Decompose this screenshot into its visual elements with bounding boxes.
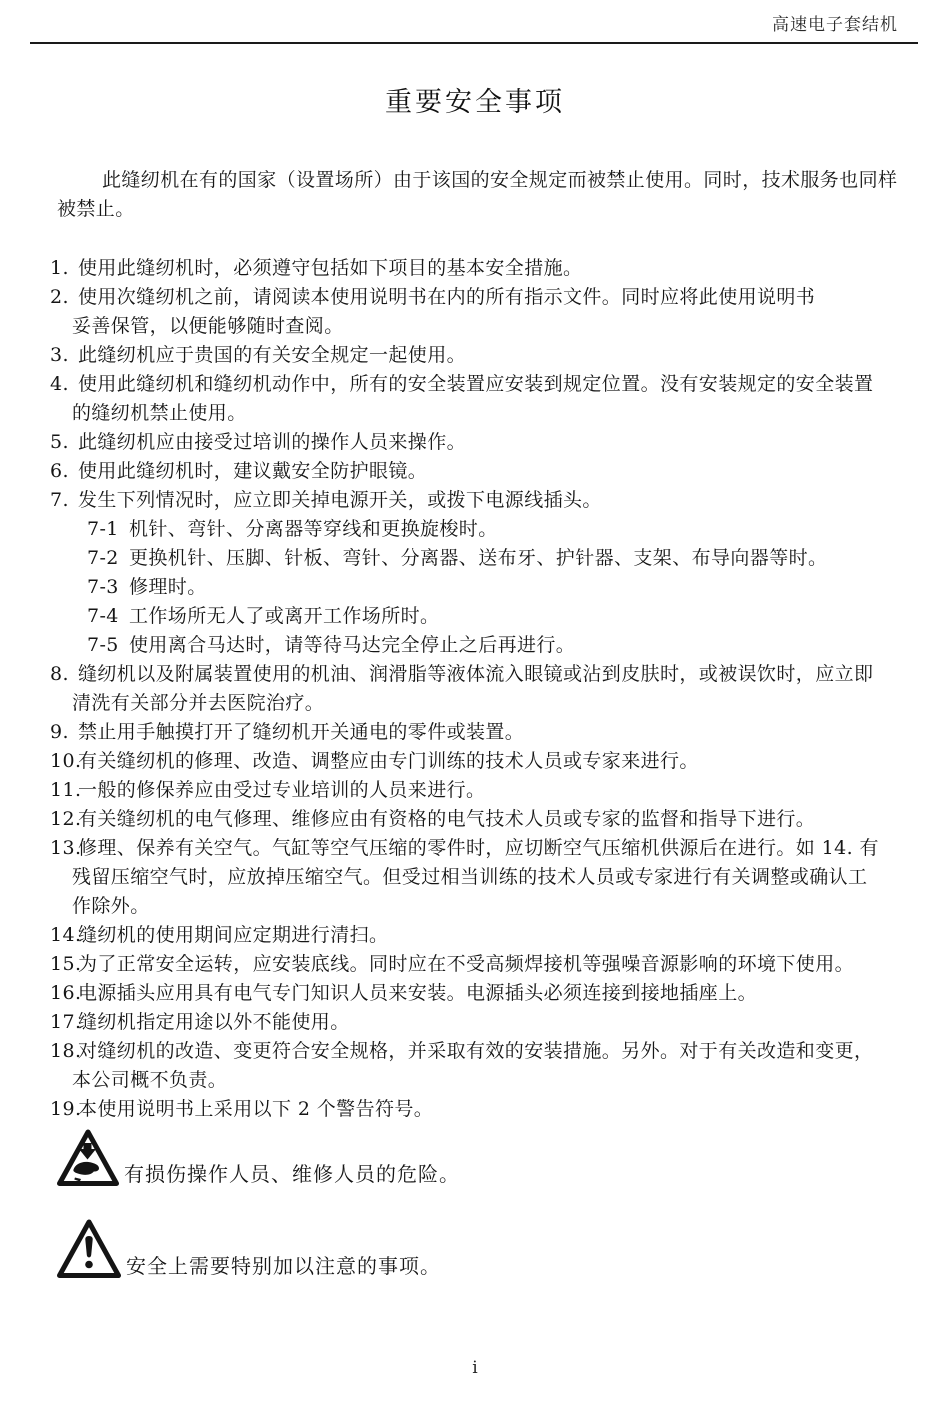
list-item-text: 修理时。 xyxy=(129,573,207,602)
list-item: 作除外。 xyxy=(50,892,920,921)
list-item-number: 16. xyxy=(50,979,78,1008)
list-item-number: 18. xyxy=(50,1037,78,1066)
list-item-number: 15. xyxy=(50,950,78,979)
list-item: 10. 有关缝纫机的修理、改造、调整应由专门训练的技术人员或专家来进行。 xyxy=(50,747,920,776)
needle-injury-warning-icon xyxy=(56,1127,120,1189)
list-item-number: 5. xyxy=(50,428,78,457)
list-item-text: 作除外。 xyxy=(50,892,150,921)
list-item-number: 12. xyxy=(50,805,78,834)
list-item-text: 本公司概不负责。 xyxy=(50,1066,227,1095)
list-item-number: 4. xyxy=(50,370,78,399)
manual-page: 高速电子套结机 重要安全事项 此缝纫机在有的国家（设置场所）由于该国的安全规定而… xyxy=(0,0,950,1408)
list-item-text: 使用此缝纫机和缝纫机动作中，所有的安全装置应安装到规定位置。没有安装规定的安全装… xyxy=(78,370,873,399)
body-text: 此缝纫机在有的国家（设置场所）由于该国的安全规定而被禁止使用。同时，技术服务也同… xyxy=(0,166,950,1124)
list-item-text: 工作场所无人了或离开工作场所时。 xyxy=(129,602,439,631)
list-item: 5. 此缝纫机应由接受过培训的操作人员来操作。 xyxy=(50,428,920,457)
list-item: 1. 使用此缝纫机时，必须遵守包括如下项目的基本安全措施。 xyxy=(50,254,920,283)
list-item: 8. 缝纫机以及附属装置使用的机油、润滑脂等液体流入眼镜或沾到皮肤时，或被误饮时… xyxy=(50,660,920,689)
list-item: 残留压缩空气时，应放掉压缩空气。但受过相当训练的技术人员或专家进行有关调整或确认… xyxy=(50,863,920,892)
list-item-text: 发生下列情况时，应立即关掉电源开关，或拨下电源线插头。 xyxy=(78,486,602,515)
page-header: 高速电子套结机 xyxy=(0,0,950,44)
header-rule xyxy=(30,42,918,44)
list-item-text: 的缝纫机禁止使用。 xyxy=(50,399,247,428)
list-item-number: 7-2 xyxy=(87,544,129,573)
list-item-number: 7-1 xyxy=(87,515,129,544)
intro-paragraph: 此缝纫机在有的国家（设置场所）由于该国的安全规定而被禁止使用。同时，技术服务也同… xyxy=(50,166,920,224)
list-item: 7-2 更换机针、压脚、针板、弯针、分离器、送布牙、护针器、支架、布导向器等时。 xyxy=(50,544,920,573)
page-number: i xyxy=(0,1358,950,1378)
list-item: 9. 禁止用手触摸打开了缝纫机开关通电的零件或装置。 xyxy=(50,718,920,747)
list-item-number: 1. xyxy=(50,254,78,283)
list-item-text: 此缝纫机应于贵国的有关安全规定一起使用。 xyxy=(78,341,466,370)
list-item-text: 残留压缩空气时，应放掉压缩空气。但受过相当训练的技术人员或专家进行有关调整或确认… xyxy=(50,863,867,892)
safety-list: 1. 使用此缝纫机时，必须遵守包括如下项目的基本安全措施。 2. 使用次缝纫机之… xyxy=(50,254,920,1124)
list-item-text: 使用离合马达时，请等待马达完全停止之后再进行。 xyxy=(129,631,575,660)
list-item: 清洗有关部分并去医院治疗。 xyxy=(50,689,920,718)
list-item: 7-5 使用离合马达时，请等待马达完全停止之后再进行。 xyxy=(50,631,920,660)
list-item-number: 7-4 xyxy=(87,602,129,631)
list-item-text: 妥善保管，以便能够随时查阅。 xyxy=(50,312,344,341)
list-item-text: 缝纫机指定用途以外不能使用。 xyxy=(78,1008,350,1037)
intro-line-2: 被禁止。 xyxy=(57,195,920,224)
general-caution-icon xyxy=(56,1217,122,1281)
list-item-number: 7-3 xyxy=(87,573,129,602)
warning-text-injury: 有损伤操作人员、维修人员的危险。 xyxy=(124,1158,460,1187)
document-model-label: 高速电子套结机 xyxy=(30,14,898,36)
list-item: 17. 缝纫机指定用途以外不能使用。 xyxy=(50,1008,920,1037)
list-item-number: 19. xyxy=(50,1095,78,1124)
list-item: 本公司概不负责。 xyxy=(50,1066,920,1095)
list-item-number: 10. xyxy=(50,747,78,776)
warning-row-injury: 有损伤操作人员、维修人员的危险。 xyxy=(56,1127,950,1189)
list-item-text: 本使用说明书上采用以下 2 个警告符号。 xyxy=(78,1095,433,1124)
list-item-number: 2. xyxy=(50,283,78,312)
list-item: 14. 缝纫机的使用期间应定期进行清扫。 xyxy=(50,921,920,950)
warning-text-caution: 安全上需要特别加以注意的事项。 xyxy=(126,1250,441,1279)
list-item-text: 一般的修保养应由受过专业培训的人员来进行。 xyxy=(78,776,485,805)
list-item: 4. 使用此缝纫机和缝纫机动作中，所有的安全装置应安装到规定位置。没有安装规定的… xyxy=(50,370,920,399)
list-item: 19. 本使用说明书上采用以下 2 个警告符号。 xyxy=(50,1095,920,1124)
list-item-text: 修理、保养有关空气。气缸等空气压缩的零件时，应切断空气压缩机供源后在进行。如 1… xyxy=(78,834,879,863)
list-item: 妥善保管，以便能够随时查阅。 xyxy=(50,312,920,341)
list-item-text: 更换机针、压脚、针板、弯针、分离器、送布牙、护针器、支架、布导向器等时。 xyxy=(129,544,827,573)
list-item: 18. 对缝纫机的改造、变更符合安全规格，并采取有效的安装措施。另外。对于有关改… xyxy=(50,1037,920,1066)
list-item: 7. 发生下列情况时，应立即关掉电源开关，或拨下电源线插头。 xyxy=(50,486,920,515)
list-item-number: 3. xyxy=(50,341,78,370)
list-item: 7-3 修理时。 xyxy=(50,573,920,602)
list-item-text: 有关缝纫机的电气修理、维修应由有资格的电气技术人员或专家的监督和指导下进行。 xyxy=(78,805,815,834)
list-item-number: 6. xyxy=(50,457,78,486)
list-item: 2. 使用次缝纫机之前，请阅读本使用说明书在内的所有指示文件。同时应将此使用说明… xyxy=(50,283,920,312)
list-item: 7-1 机针、弯针、分离器等穿线和更换旋梭时。 xyxy=(50,515,920,544)
list-item: 的缝纫机禁止使用。 xyxy=(50,399,920,428)
list-item-text: 机针、弯针、分离器等穿线和更换旋梭时。 xyxy=(129,515,498,544)
list-item-number: 8. xyxy=(50,660,78,689)
list-item: 11. 一般的修保养应由受过专业培训的人员来进行。 xyxy=(50,776,920,805)
list-item-text: 清洗有关部分并去医院治疗。 xyxy=(50,689,324,718)
list-item-number: 7. xyxy=(50,486,78,515)
list-item-number: 7-5 xyxy=(87,631,129,660)
list-item-text: 缝纫机以及附属装置使用的机油、润滑脂等液体流入眼镜或沾到皮肤时，或被误饮时，应立… xyxy=(78,660,873,689)
list-item-text: 有关缝纫机的修理、改造、调整应由专门训练的技术人员或专家来进行。 xyxy=(78,747,699,776)
list-item: 13. 修理、保养有关空气。气缸等空气压缩的零件时，应切断空气压缩机供源后在进行… xyxy=(50,834,920,863)
list-item-text: 电源插头应用具有电气专门知识人员来安装。电源插头必须连接到接地插座上。 xyxy=(78,979,757,1008)
page-title: 重要安全事项 xyxy=(0,80,950,119)
warning-row-caution: 安全上需要特别加以注意的事项。 xyxy=(56,1217,950,1281)
list-item-number: 9. xyxy=(50,718,78,747)
list-item-number: 14. xyxy=(50,921,78,950)
list-item: 6. 使用此缝纫机时，建议戴安全防护眼镜。 xyxy=(50,457,920,486)
list-item-text: 对缝纫机的改造、变更符合安全规格，并采取有效的安装措施。另外。对于有关改造和变更… xyxy=(78,1037,873,1066)
list-item-number: 17. xyxy=(50,1008,78,1037)
list-item-text: 使用此缝纫机时，必须遵守包括如下项目的基本安全措施。 xyxy=(78,254,582,283)
list-item-text: 禁止用手触摸打开了缝纫机开关通电的零件或装置。 xyxy=(78,718,524,747)
list-item: 15. 为了正常安全运转，应安装底线。同时应在不受高频焊接机等强噪音源影响的环境… xyxy=(50,950,920,979)
list-item: 12. 有关缝纫机的电气修理、维修应由有资格的电气技术人员或专家的监督和指导下进… xyxy=(50,805,920,834)
list-item-text: 为了正常安全运转，应安装底线。同时应在不受高频焊接机等强噪音源影响的环境下使用。 xyxy=(78,950,854,979)
list-item-text: 使用此缝纫机时，建议戴安全防护眼镜。 xyxy=(78,457,427,486)
list-item-text: 使用次缝纫机之前，请阅读本使用说明书在内的所有指示文件。同时应将此使用说明书 xyxy=(78,283,815,312)
list-item: 16. 电源插头应用具有电气专门知识人员来安装。电源插头必须连接到接地插座上。 xyxy=(50,979,920,1008)
intro-line-1: 此缝纫机在有的国家（设置场所）由于该国的安全规定而被禁止使用。同时，技术服务也同… xyxy=(57,166,920,195)
list-item-text: 此缝纫机应由接受过培训的操作人员来操作。 xyxy=(78,428,466,457)
list-item: 3. 此缝纫机应于贵国的有关安全规定一起使用。 xyxy=(50,341,920,370)
list-item-number: 13. xyxy=(50,834,78,863)
list-item-number: 11. xyxy=(50,776,78,805)
list-item-text: 缝纫机的使用期间应定期进行清扫。 xyxy=(78,921,388,950)
list-item: 7-4 工作场所无人了或离开工作场所时。 xyxy=(50,602,920,631)
warning-symbols-section: 有损伤操作人员、维修人员的危险。 安全上需要特别加以注意的事项。 xyxy=(0,1127,950,1281)
